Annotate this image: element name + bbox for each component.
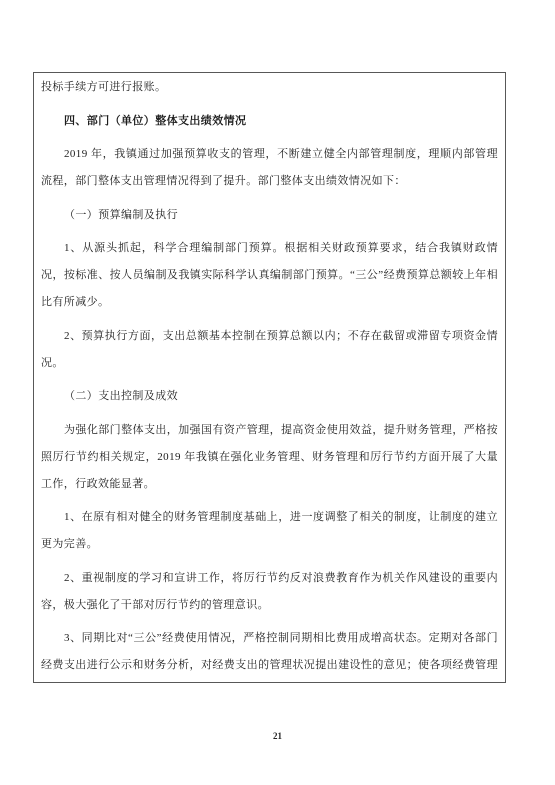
paragraph-control-item-3: 3、同期比对“三公”经费使用情况，严格控制同期相比费用成增高状态。定期对各部门经… xyxy=(41,625,498,683)
document-page: 投标手续方可进行报账。 四、部门（单位）整体支出绩效情况 2019 年，我镇通过… xyxy=(0,0,555,785)
paragraph-budget-item-2: 2、预算执行方面，支出总额基本控制在预算总额以内；不存在截留或滞留专项资金情况。 xyxy=(41,323,498,377)
paragraph-control-intro: 为强化部门整体支出，加强国有资产管理，提高资金使用效益，提升财务管理，严格按照厉… xyxy=(41,417,498,498)
paragraph-control-item-2: 2、重视制度的学习和宣讲工作，将厉行节约反对浪费教育作为机关作风建设的重要内容，… xyxy=(41,565,498,619)
subsection-heading-1: （一）预算编制及执行 xyxy=(41,202,498,229)
paragraph-continuation: 投标手续方可进行报账。 xyxy=(41,74,498,101)
paragraph-intro: 2019 年，我镇通过加强预算收支的管理，不断建立健全内部管理制度，理顺内部管理… xyxy=(41,141,498,195)
paragraph-budget-item-1: 1、从源头抓起，科学合理编制部门预算。根据相关财政预算要求，结合我镇财政情况，按… xyxy=(41,235,498,316)
subsection-heading-2: （二）支出控制及成效 xyxy=(41,383,498,410)
document-table-cell: 投标手续方可进行报账。 四、部门（单位）整体支出绩效情况 2019 年，我镇通过… xyxy=(33,72,506,683)
section-heading: 四、部门（单位）整体支出绩效情况 xyxy=(41,108,498,135)
page-number: 21 xyxy=(0,731,555,741)
paragraph-control-item-1: 1、在原有相对健全的财务管理制度基础上，进一度调整了相关的制度，让制度的建立更为… xyxy=(41,504,498,558)
